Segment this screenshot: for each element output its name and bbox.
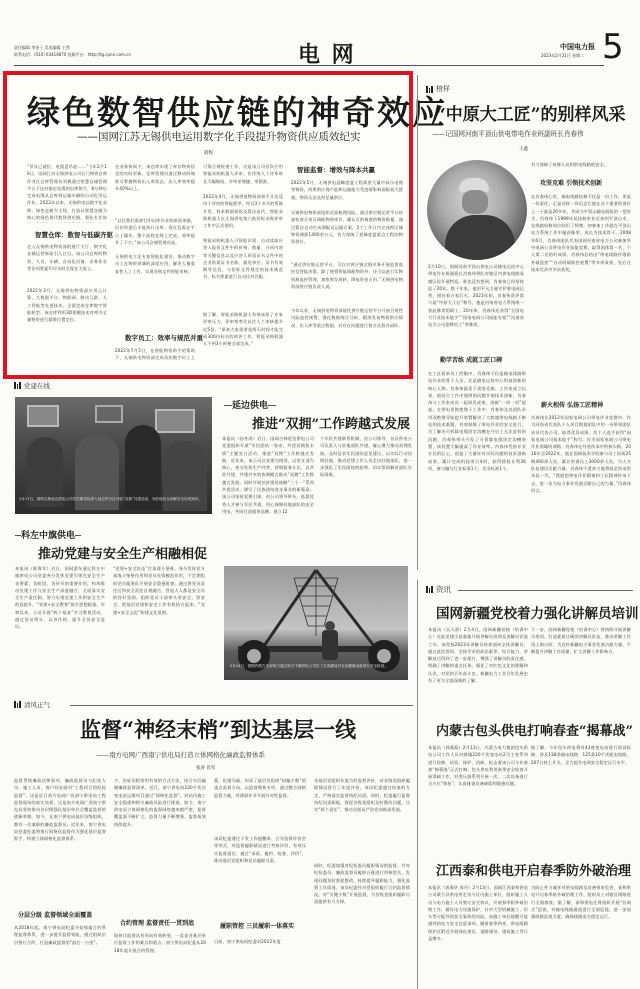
photo-caption: 2月17日，国网吉林延边供电公司党员服务队深入延边军分区开展“双拥”共建活动，为… [19,497,207,511]
wall-frame [27,405,59,427]
side-subhead-1: 攻坚克难 引领技术创新 [540,178,602,187]
photo-caption: 2月14日，国网内蒙古东部电力通辽科左中旗供电公司员工在春灌前对农田灌溉设备进行… [230,664,402,678]
side-col1-text: 在工区看来员工的眼中，肖春伟不仅是输电线路带电作业的骨干人员，还是输电运检中心科… [428,370,526,562]
gov-col2-b: 如何让监督从有形向有效转变，一直是各基层单位监督工作的难点和重点。南宁供电局纪委… [114,932,206,954]
lead-col1-para2: 走入无锡供电物资部的展厅大厅，数字化仓储运营界面引人注目。该公司仓库的物资、人员… [27,243,107,285]
lead-col3-para: 可靠合规检查工作，这是该公司首次应用智能采购机器人评审，比传统人工评审时长大幅缩… [203,163,283,191]
gov-col1-b: 从2018年起，南宁供电局纪委开始探索合约管理监督体系，进一步提升监督效能，通过… [14,924,106,954]
section-bars-icon [426,586,433,593]
page-number: 5 [602,30,624,64]
column-divider [417,75,418,570]
face-shape [462,190,488,214]
tag-rule [458,590,633,591]
lead-col2-para: 在业务协同下，该仓库实现了库存物资信息的实时更新。仓库管理员通过移动终端即可掌握… [115,163,195,215]
kicker-label: 延边供电 [232,401,268,411]
lead-col4-para2: 无锡供电物资部组织全面梳理风险，通过供应链运营平台快速检查全省可调配物资库存，确… [291,209,403,259]
gov-col2: 手，治标治根常用有效的方式方法，结合实际编制廉政监督清单。近日，南宁供电局220… [114,777,206,915]
lead-col4-para: 2022年5月，无锡供电迎峰度夏工程需要大量中高压电缆等物资，所所供应商产能和运… [291,179,403,207]
section-bars-icon [14,382,21,389]
paper-name: 中国电力报 [560,42,595,52]
gov-col3: 强，化堵为疏，形成了基层党组织“纠偏少数”的重点监督方向。以监督聚焦专项，通过整… [214,777,306,833]
brief-1-col2: 下一步，国网新疆党校（培训中心）将持续开展讲解员培训，打造素质过硬的讲解员队伍，… [531,626,631,698]
tag-rule [70,705,413,706]
brief-3-title[interactable]: 江西泰和供电开启春季防外破治理 [436,860,631,879]
portrait-caption-text: 2月10日，国网河南平顶山供电公司输电运检中心带电作业班副班长肖春伟带队对辖区内… [428,263,524,349]
lead-article-frame: 绿色数智供应链的神奇效应 ——国网江苏无锡供电运用数字化手段提升物资供应质效纪实… [3,71,413,379]
gov-col3-c: 日前，南宁供电局纪委对2022年度 [214,938,306,946]
kezuo-col2: “党建+安全队伍”打造战斗堡垒。充分发挥党支部战斗堡垒作用和党员先锋模范作用，不… [113,565,205,683]
yanbian-col1: 本报讯（孙冬涛）近日，国网吉林延边供电公司党委组织开展“军民团结一家亲，共述双拥… [222,435,314,565]
lead-subhead-1: 智慧仓库：数智与低碳齐驱 [35,230,113,239]
side-feature-title[interactable]: “中原大工匠”的别样风采 [436,100,626,125]
lead-col1-para3: 2022年3月，无锡供电物资部应用云计算、大数据平台、物联网、移动互联、人工智能… [27,287,107,367]
lead-col3-para2: 2022年4月，无锡供电物资部着手开发适用于评审的智能程序。经过3个多月的系统开… [203,193,283,235]
gov-col4: 各基层党组织年度合约监督评价，对各级党组织履职情况进行了年度评价。该局纪委通过检… [314,777,410,859]
tag-role-model: 榜样 [426,84,450,94]
kicker-label: 科左中旗供电 [21,531,75,541]
column-divider [417,580,418,989]
kezuo-title[interactable]: 推动党建与安全生产相融相促 [38,543,207,562]
tag-label: 清风正气 [24,700,50,709]
gov-col3-b: 该局纪委通过下发工作提醒单、召开监督评价会等形式，对监督履职情况进行考核评价，有… [214,835,306,899]
side-subhead-2: 勤学苦练 成就工匠口碑 [440,355,502,364]
tag-label: 资讯 [436,584,451,595]
section-bars-icon [14,701,21,708]
side-col2-lead: 有力保障了检修人员和供电线路的安全。 [531,161,631,169]
gov-subhead-2: 合约管理 监督责任一贯到底 [120,918,194,927]
body-shape [445,215,515,260]
side-subhead-3: 薪火相传 弘扬工匠精神 [541,400,603,409]
side-col2-text: 在肖春伟心里，输电线路检修不仅是一份工作，更是一份责任。正是这样一份信念让他在这… [531,193,631,381]
side-feature-author: 王鑫 [519,146,528,152]
brief-3-col2: 为防止外力破坏对供电线路及设备带来危害，泰和供电开启春季防外破治理工作，组织员工… [531,884,631,972]
brief-1-title[interactable]: 国网新疆党校着力强化讲解员培训 [436,602,639,622]
gov-subhead-1: 分层分级 监督领域全面覆盖 [18,910,92,919]
section-bars-icon [426,86,433,93]
lead-title[interactable]: 绿色数智供应链的神奇效应 [27,87,447,134]
gov-col1: 监督贯彻廉政法律事项，廉政监督员与纪检人员、施工人员、客户同步面对“工程项目的纪… [14,777,106,907]
masthead-rule [14,65,604,66]
lead-subhead-2: 数字员工：效率与规范并重 [125,333,203,342]
brief-2-col1: 本报讯（郭燕燕）2月13日，内蒙古电力集团包头供电公司工作人员对辖属220千伏变… [428,744,528,838]
irrigation-photo: 2月14日，国网内蒙古东部电力通辽科左中旗供电公司员工在春灌前对农田灌溉设备进行… [224,566,408,680]
lead-col2-para4: 2022年7月5日，在智能物资助手的帮助下，无锡供电物资部完成首次数字员工上线运… [115,347,195,363]
portrait-photo [427,160,527,260]
lead-col3-para4: 据了解，智能采购机器人有效承担了专家评审压力，评审效率比以往人工审核提升近5倍。… [203,311,283,369]
kezuo-kicker: 科左中旗供电 [15,528,81,541]
lead-col3-para3: 智能采购机器人可智能识别、自动读取应答人报价文件中的价格、数量、分项内容等关键信… [203,237,283,309]
wall-frame [155,409,195,433]
lead-col2-para2: “以往我们需要打印出库作业的纸质单据，层层审批后才能执行出库。现在仅需在平台上操… [115,217,195,252]
side-col3-text: 肖春伟在2012年国家电网公司带电作业竞赛中，作为河南省代表队个人项目数据团队中… [531,414,631,564]
governance-authors: 张涛 肖军 [196,765,215,771]
lead-col4-para3: “通过供应链运营平台，可以对供应链全链业务开展监督监控及智能决策。除了统筹智能调… [291,261,403,305]
gov-col4-b: 同时，纪委加强对纪检委员履职情况的监督，并对纪检委员、廉政监督员履职台账进行审核… [314,862,410,954]
yanbian-kicker: 延边供电 [224,398,276,411]
lead-author: 薛程 [204,150,213,156]
lead-col1-para: “吊具已就位，电缆盘吊起……”今年2月16日，国网江苏无锡供电公司石门物资仓库作… [27,163,107,223]
brief-3-col1: 本报讯（郭燕华 周丹）2月13日，国网江西泰和供电公司联合县供电所走访与区内施工… [428,884,528,980]
side-feature-subtitle: ——记国网河南平顶山供电带电作业班副班长肖春伟 [432,128,584,138]
issue-date: 2023年2月21日 星期二 [541,53,584,59]
lead-subtitle: ——国网江苏无锡供电运用数字化手段提升物资供应质效纪实 [77,129,361,144]
editor-credits: 责任编辑 李金子 美术编辑 王然 [14,45,70,51]
brief-2-col2: 据了解，今年包头供电将对43座变电站进行预试检修，涉及138条输电线路、125条… [531,744,631,824]
brief-1-col1: 本报讯（吴天骄）2月4日，国网新疆党校（培训中心）在此党建示范基地开展讲解员培训… [428,626,528,698]
governance-subtitle: ——南方电网广西南宁供电局打造立体网格化廉政监督体系 [96,750,265,759]
gov-subhead-3: 履职管控 三员履职一体落实 [220,921,294,930]
yanbian-title[interactable]: 推进“双拥”工作跨越式发展 [252,413,410,432]
contact-line: 联系电话：(010) 63416870 投稿平台：http://tg.cpnn.… [14,52,131,58]
party-building-photo: 2月17日，国网吉林延边供电公司党员服务队深入延边军分区开展“双拥”共建活动，为… [15,397,212,514]
lead-subhead-3: 智能监督：增效与降本共赢 [297,165,375,174]
brief-2-title[interactable]: 内蒙古包头供电打响春查“揭幕战” [436,720,633,739]
tag-label: 榜样 [436,84,450,94]
kezuo-col1: 本报讯（陈海军）近日，国网蒙东通辽科左中旗供电公司党委充分发挥党建引领在安全生产… [15,565,105,683]
lead-col4-para4: 今年以来，无锡供电物资部依托供应链运营平台开展合规性风险监控预警，强化数据统计分… [291,307,403,351]
wall-frame [95,405,123,423]
tag-party-building: 党建在线 [14,381,50,390]
tag-label: 党建在线 [24,381,50,390]
tag-news-briefs: 资讯 [426,584,451,595]
tag-clean-governance: 清风正气 [14,700,50,709]
yanbian-col2: 个军民共建联系机制，由公司领导、各县供电公司负责人与驻地部队共建，凝心聚力推动双… [320,435,412,489]
irrigation-rig-icon [224,566,408,680]
governance-title[interactable]: 监督“神经末梢”到达基层一线 [80,714,356,744]
lead-col2-para3: 无锡供电立足专家智能化建设，推动数字员工在物资领域的深度应用，解决大量重复性人工… [115,253,195,323]
